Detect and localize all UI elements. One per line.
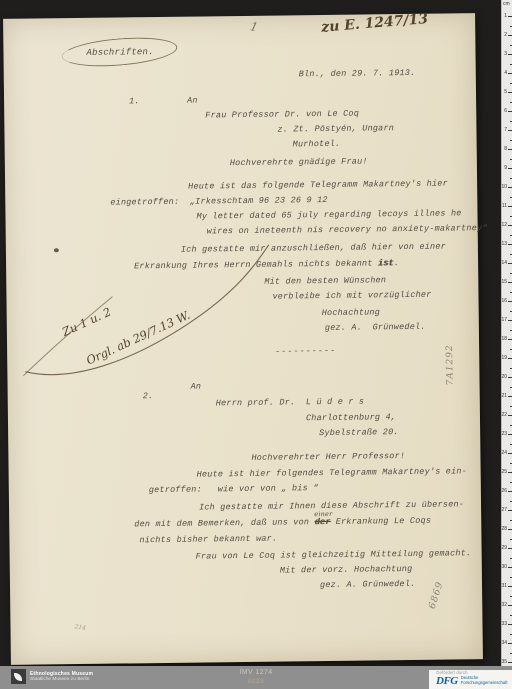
ruler-tick: 25 (502, 472, 512, 473)
ruler-tick-label: 11 (502, 204, 507, 209)
letter1-recipient-hotel: Murhotel. (293, 139, 341, 150)
dfg-row: DFG Deutsche Forschungsgemeinschaft (436, 676, 512, 687)
letter2-signature: gez. A. Grünwedel. (320, 579, 416, 590)
ruler-tick: 17 (502, 320, 512, 321)
side-archive-code: 7A1292 (445, 311, 456, 385)
ruler-tick-line (508, 320, 512, 321)
ruler-tick-line (508, 263, 512, 264)
ruler-tick-label: 33 (501, 622, 507, 627)
ruler-tick: 10 (502, 187, 512, 188)
ruler-tick-line (508, 643, 512, 644)
letter1-body-line: eingetroffen: „Irkesschtam 96 23 26 9 12 (110, 195, 327, 208)
ruler-tick-label: 30 (501, 565, 507, 570)
ruler-half-tick (502, 425, 512, 426)
letter1-dateline: Bln., den 29. 7. 1913. (299, 68, 416, 79)
ruler-half-tick (502, 121, 512, 122)
document-page: Abschriften. 1 zu E. 1247/13 Bln., den 2… (3, 13, 483, 665)
ruler-tick: 30 (502, 567, 512, 568)
ruler-tick-label: 24 (501, 451, 507, 456)
ruler-tick: 3 (502, 54, 512, 55)
ruler-tick-label: 5 (504, 90, 507, 95)
ruler-tick-label: 25 (501, 470, 507, 475)
ruler-tick-line (508, 453, 512, 454)
ruler-tick-line (508, 548, 512, 549)
ruler-tick-label: 3 (504, 52, 507, 57)
ruler-tick-line (508, 662, 512, 663)
file-reference-handwritten: zu E. 1247/13 (321, 11, 429, 36)
ruler-tick-label: 26 (501, 489, 507, 494)
ruler-tick-line (508, 225, 512, 226)
ruler-tick-line (508, 149, 512, 150)
ruler-tick-label: 18 (501, 337, 507, 342)
ruler-tick-label: 14 (501, 261, 507, 266)
ruler-tick-label: 31 (501, 584, 507, 589)
letter2-recipient-district: Charlottenburg 4, (306, 412, 396, 423)
ruler-half-tick (502, 26, 512, 27)
ruler-tick-label: 13 (501, 242, 507, 247)
ruler-half-tick (502, 444, 512, 445)
ruler-tick: 8 (502, 149, 512, 150)
ruler-half-tick (502, 463, 512, 464)
letter2-to: An (191, 382, 202, 392)
ruler-tick: 6 (502, 111, 512, 112)
ruler-half-tick (502, 273, 512, 274)
ruler-tick-line (508, 35, 512, 36)
strike-before: den mit dem Bemerken, daß uns von (134, 517, 314, 529)
ruler-tick-label: 2 (504, 33, 507, 38)
inserted-word-handwritten: einer (314, 510, 332, 518)
ruler-tick: 21 (502, 396, 512, 397)
ruler-tick: 15 (502, 282, 512, 283)
ruler-half-tick (502, 254, 512, 255)
ruler-tick-label: 29 (501, 546, 507, 551)
ruler-half-tick (502, 292, 512, 293)
scan-viewer: { "colors":{ "paper":"#eae2cc","backgrou… (0, 0, 512, 689)
ruler-half-tick (502, 102, 512, 103)
ruler-half-tick (502, 653, 512, 654)
ruler-half-tick (502, 596, 512, 597)
ruler-tick-line (508, 358, 512, 359)
funding-credit: Gefördert durch DFG Deutsche Forschungsg… (429, 670, 512, 689)
ruler-unit-label: cm (503, 1, 510, 7)
ruler-tick: 4 (502, 73, 512, 74)
ruler-half-tick (502, 520, 512, 521)
ruler-tick-label: 7 (504, 128, 507, 133)
ruler-tick: 23 (502, 434, 512, 435)
scan-stage: Abschriften. 1 zu E. 1247/13 Bln., den 2… (0, 0, 512, 689)
ruler-tick-line (508, 396, 512, 397)
ruler-tick-line (508, 624, 512, 625)
ruler-half-tick (502, 615, 512, 616)
ruler-half-tick (502, 482, 512, 483)
ruler-half-tick (502, 83, 512, 84)
ruler-tick: 12 (502, 225, 512, 226)
ruler-tick: 33 (502, 624, 512, 625)
ruler-half-tick (502, 387, 512, 388)
ruler-tick-label: 23 (501, 432, 507, 437)
ruler-half-tick (502, 501, 512, 502)
ruler-tick-label: 16 (501, 299, 507, 304)
ruler-tick-label: 12 (501, 223, 507, 228)
ruler-tick-label: 4 (504, 71, 507, 76)
ruler-tick-label: 28 (501, 527, 507, 532)
ruler-tick: 29 (502, 548, 512, 549)
ruler-tick-line (508, 472, 512, 473)
ruler-tick-label: 8 (504, 147, 507, 152)
letter2-recipient-name: Herrn prof. Dr. L ü d e r s (216, 397, 365, 409)
letter1-to: An (187, 96, 198, 106)
ruler-tick-label: 15 (501, 280, 507, 285)
ruler-half-tick (502, 577, 512, 578)
letter1-recipient-place: z. Zt. Pöstyén, Ungarn (277, 123, 394, 134)
letter2-body-line: Heute ist hier folgendes Telegramm Makar… (197, 466, 467, 479)
ruler-half-tick (502, 197, 512, 198)
letter1-body-line: My letter dated 65 july regarding lecoys… (196, 208, 461, 221)
ruler-tick-line (508, 510, 512, 511)
ruler-tick: 14 (502, 263, 512, 264)
overstruck-word: ist (378, 258, 394, 268)
letter2-greeting: Hochverehrter Herr Professor! (251, 451, 405, 463)
letter1-recipient-name: Frau Professor Dr. von Le Coq (205, 109, 359, 121)
ruler-tick-label: 27 (501, 508, 507, 513)
ruler-tick-label: 19 (501, 356, 507, 361)
ruler-tick-label: 6 (504, 109, 507, 114)
ruler-half-tick (502, 64, 512, 65)
letter1-greeting: Hochverehrte gnädige Frau! (230, 156, 368, 168)
ruler-tick-line (508, 301, 512, 302)
ruler-tick: 19 (502, 358, 512, 359)
ruler-tick: 35 (502, 662, 512, 663)
dfg-name: Deutsche Forschungsgemeinschaft (461, 676, 508, 685)
letter2-body-line: Frau von Le Coq ist gleichzeitig Mitteil… (196, 548, 472, 561)
ruler-tick: 9 (502, 168, 512, 169)
letter2-closing-line: Mit der vorz. Hochachtung (280, 564, 413, 576)
ruler-tick: 27 (502, 510, 512, 511)
ruler-half-tick (502, 45, 512, 46)
ruler-half-tick (502, 330, 512, 331)
letter1-index: 1. (129, 96, 140, 106)
letter2-body-strike-line: den mit dem Bemerken, daß uns von derein… (134, 516, 431, 530)
corner-pencil-code: 6869 (427, 580, 446, 610)
ruler-tick: 16 (502, 301, 512, 302)
ruler-tick-label: 34 (501, 641, 507, 646)
strike-after: Erkrankung Le Coqs (330, 516, 431, 527)
ruler-tick-line (508, 529, 512, 530)
letter2-index: 2. (143, 391, 154, 401)
bottom-pencil-code: 214 (74, 623, 86, 632)
ruler-tick: 32 (502, 605, 512, 606)
struck-word: der (314, 517, 330, 527)
letter1-closing-line: Hochachtung (322, 307, 380, 318)
ruler-half-tick (502, 539, 512, 540)
ruler-tick-label: 20 (501, 375, 507, 380)
footer-bar: Ethnologisches Museum Staatliche Museen … (0, 666, 512, 689)
ruler-half-tick (502, 634, 512, 635)
ruler-tick: 18 (502, 339, 512, 340)
ruler-tick-line (508, 377, 512, 378)
ruler-tick-line (508, 605, 512, 606)
ruler-half-tick (502, 349, 512, 350)
ruler-half-tick (502, 368, 512, 369)
cm-ruler: cm12345678910111213141516171819202122232… (501, 0, 512, 666)
letter2-body-line: nichts bisher bekannt war. (139, 534, 277, 546)
ruler-tick-line (508, 111, 512, 112)
ruler-half-tick (502, 311, 512, 312)
ruler-tick-label: 22 (501, 413, 507, 418)
ruler-tick-label: 21 (501, 394, 507, 399)
ruler-tick-label: 9 (504, 166, 507, 171)
pencil-page-number: 1 (249, 19, 260, 34)
ruler-tick: 5 (502, 92, 512, 93)
ruler-tick: 34 (502, 643, 512, 644)
ruler-tick: 22 (502, 415, 512, 416)
letter2-recipient-street: Sybelstraße 20. (319, 427, 399, 438)
letter2-body-line: getroffen: wie vor von „ bis “ (149, 483, 319, 495)
ruler-tick-line (508, 73, 512, 74)
ruler-tick-line (508, 244, 512, 245)
ruler-tick-label: 1 (504, 14, 507, 19)
ruler-tick-line (508, 92, 512, 93)
ruler-tick: 2 (502, 35, 512, 36)
punch-hole (54, 248, 59, 252)
ruler-tick-line (508, 16, 512, 17)
ruler-tick-label: 17 (501, 318, 507, 323)
ruler-tick: 31 (502, 586, 512, 587)
ruler-tick-line (508, 282, 512, 283)
ruler-tick: 7 (502, 130, 512, 131)
ruler-tick-line (508, 130, 512, 131)
ruler-tick-line (508, 187, 512, 188)
ruler-tick-line (508, 54, 512, 55)
ruler-tick: 13 (502, 244, 512, 245)
ruler-tick: 1 (502, 16, 512, 17)
ruler-tick-line (508, 586, 512, 587)
ruler-tick-line (508, 415, 512, 416)
letter1-signature: gez. A. Grünwedel. (325, 322, 426, 333)
ruler-half-tick (502, 178, 512, 179)
ruler-tick-label: 35 (501, 660, 507, 665)
ruler-half-tick (502, 406, 512, 407)
ruler-tick-line (508, 567, 512, 568)
ruler-half-tick (502, 159, 512, 160)
ruler-half-tick (502, 216, 512, 217)
letter1-body-line: Heute ist das folgende Telegramm Makartn… (188, 178, 448, 191)
ruler-half-tick (502, 140, 512, 141)
ruler-tick: 26 (502, 491, 512, 492)
ruler-tick: 28 (502, 529, 512, 530)
ruler-tick-line (508, 168, 512, 169)
ruler-half-tick (502, 558, 512, 559)
dfg-logo: DFG (436, 676, 458, 687)
ruler-tick-line (508, 339, 512, 340)
ruler-tick: 24 (502, 453, 512, 454)
funder-name-line2: Forschungsgemeinschaft (461, 681, 508, 686)
ruler-tick-line (508, 434, 512, 435)
ruler-tick-line (508, 206, 512, 207)
ruler-half-tick (502, 235, 512, 236)
ruler-tick: 20 (502, 377, 512, 378)
ruler-tick-line (508, 491, 512, 492)
ruler-tick-label: 32 (501, 603, 507, 608)
abschriften-label: Abschriften. (86, 47, 153, 58)
emph-after: . (394, 258, 399, 268)
ruler-tick: 11 (502, 206, 512, 207)
ruler-tick-label: 10 (501, 185, 507, 190)
